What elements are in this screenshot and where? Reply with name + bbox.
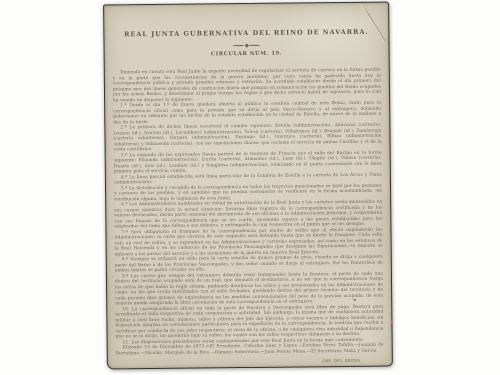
paragraph-rule-3: 3.ª La segunda de las expresadas líneas … bbox=[114, 150, 382, 175]
paragraph-rule-7: 7.ª Será obligatorio el franqueo de la c… bbox=[114, 227, 382, 257]
paragraph-rule-1: 1.ª Desde el día 1.º de Enero quedará ab… bbox=[113, 101, 381, 126]
printer-imprint: IMP. DEL REINO. bbox=[116, 358, 362, 366]
diamond-ornament-icon bbox=[245, 43, 249, 47]
paragraph-date-signatures: Elizondo 15 de Diciembre de 1873.=El Pre… bbox=[116, 343, 384, 357]
document-title: REAL JUNTA GUBERNATIVA DEL REINO DE NAVA… bbox=[112, 28, 380, 39]
photo-background: REAL JUNTA GUBERNATIVA DEL REINO DE NAVA… bbox=[0, 0, 500, 375]
divider-rule-left bbox=[233, 45, 243, 46]
divider-rule-right bbox=[250, 44, 260, 45]
paragraph-rule-10: 10. La correspondencia oficial en toda l… bbox=[115, 304, 383, 340]
paragraph-rule-9: 9.ª Las cartas que vengan del extranjero… bbox=[115, 271, 383, 307]
ornament-divider bbox=[113, 42, 381, 49]
document-paper: REAL JUNTA GUBERNATIVA DEL REINO DE NAVA… bbox=[103, 2, 393, 370]
document-body: Teniendo en cuenta esta Real Junta la ur… bbox=[113, 68, 384, 366]
circular-number-heading: CIRCULAR NÚM. 19. bbox=[113, 50, 381, 59]
paragraph-preamble: Teniendo en cuenta esta Real Junta la ur… bbox=[113, 68, 381, 104]
paragraph-rule-2: 2.ª La primera de dichas líneas recorrer… bbox=[113, 123, 381, 153]
paragraph-rule-6: 6.ª Los Administradores nombrados en vir… bbox=[114, 200, 382, 230]
document-content: REAL JUNTA GUBERNATIVA DEL REINO DE NAVA… bbox=[104, 3, 392, 369]
